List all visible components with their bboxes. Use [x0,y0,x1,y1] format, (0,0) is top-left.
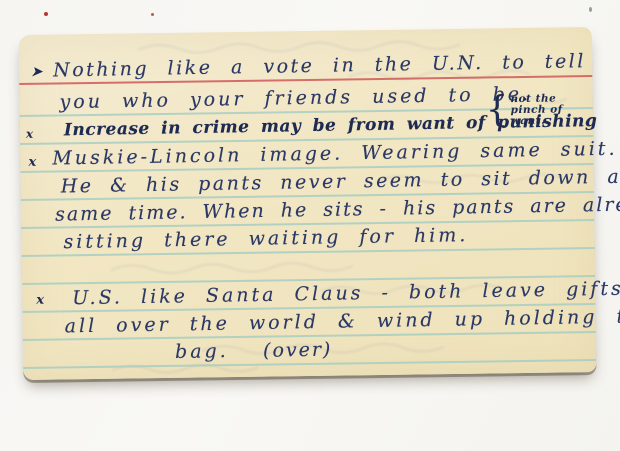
over-note: (over) [263,336,333,365]
margin-x-mark: x [26,127,33,141]
scan-speck [151,13,154,16]
handwritten-line: bag. [175,337,229,366]
scan-speck [44,12,48,16]
index-card: ➤ x x x Nothing like a vote in the U.N. … [19,27,597,380]
scan-background: ➤ x x x Nothing like a vote in the U.N. … [0,0,620,451]
margin-arrow-mark: ➤ [31,65,42,80]
margin-x-mark: x [28,155,36,170]
scan-speck [589,7,592,12]
margin-x-mark: x [36,293,44,308]
curly-brace: { [485,92,508,128]
brace-note-line: want. [511,115,563,127]
margin-brace-note: { not the pinch of want. [485,91,563,128]
